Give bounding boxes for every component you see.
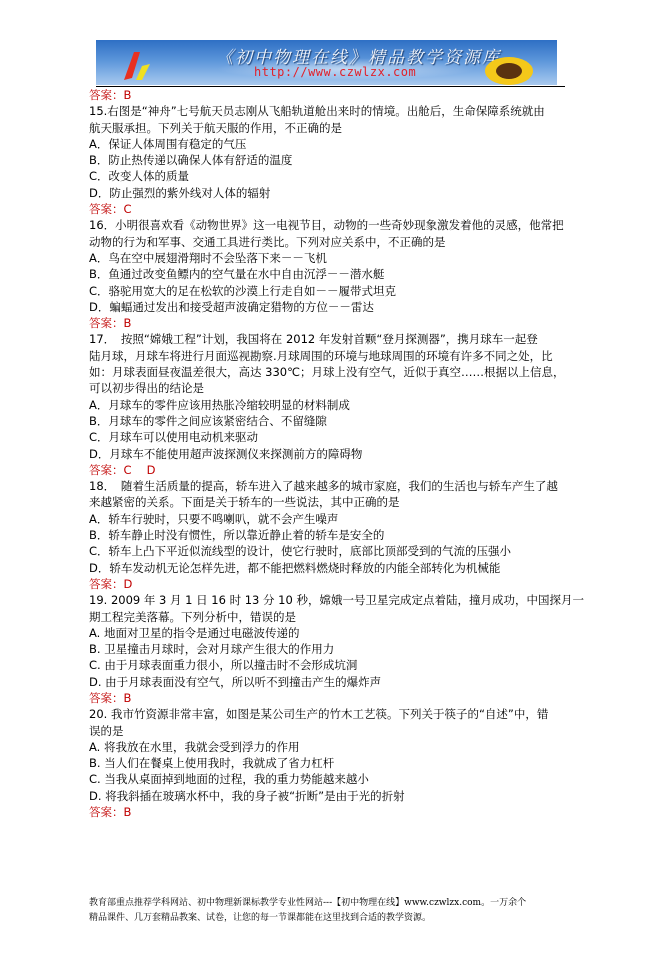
question-stem: 陆月球，月球车将进行月面巡视勘察.月球周围的环境与地球周围的环境有许多不同之处，… <box>89 348 589 364</box>
question-20: 20. 我市竹资源非常丰富，如图是某公司生产的竹木工艺筷。下列关于筷子的“自述”… <box>89 706 589 820</box>
question-stem: 动物的行为和军事、交通工具进行类比。下列对应关系中，不正确的是 <box>89 234 589 250</box>
option-c: C．改变人体的质量 <box>89 168 589 184</box>
answer: 答案：C <box>89 201 589 217</box>
question-18: 18． 随着生活质量的提高，轿车进入了越来越多的城市家庭，我们的生活也与轿车产生… <box>89 478 589 592</box>
banner-url[interactable]: http://www.czwlzx.com <box>254 65 416 79</box>
question-19: 19. 2009 年 3 月 1 日 16 时 13 分 10 秒，嫦娥一号卫星… <box>89 592 589 706</box>
header-banner: 《初中物理在线》精品教学资源库 http://www.czwlzx.com <box>96 40 557 85</box>
answer: 答案：B <box>89 690 589 706</box>
option-a: A．保证人体周围有稳定的气压 <box>89 136 589 152</box>
option-c: C．轿车上凸下平近似流线型的设计，使它行驶时，底部比顶部受到的气流的压强小 <box>89 543 589 559</box>
option-a: A．鸟在空中展翅滑翔时不会坠落下来－－飞机 <box>89 250 589 266</box>
option-b: B. 卫星撞击月球时，会对月球产生很大的作用力 <box>89 641 589 657</box>
question-stem: 期工程完美落幕。下列分析中，错误的是 <box>89 609 589 625</box>
option-b: B．鱼通过改变鱼鳔内的空气量在水中自由沉浮－－潜水艇 <box>89 266 589 282</box>
answer: 答案：B <box>89 804 589 820</box>
option-b: B．月球车的零件之间应该紧密结合、不留缝隙 <box>89 413 589 429</box>
option-a: A．轿车行驶时，只要不鸣喇叭，就不会产生噪声 <box>89 511 589 527</box>
site-logo-icon <box>120 50 160 82</box>
answer: 答案：D <box>89 576 589 592</box>
option-a: A．月球车的零件应该用热胀冷缩较明显的材料制成 <box>89 397 589 413</box>
question-stem: 如：月球表面昼夜温差很大，高达 330℃；月球上没有空气，近似于真空……根据以上… <box>89 364 589 380</box>
option-d: D. 将我斜插在玻璃水杯中，我的身子被“折断”是由于光的折射 <box>89 788 589 804</box>
footer-line-1: 教育部重点推荐学科网站、初中物理新课标教学专业性网站---【初中物理在线】www… <box>89 896 609 911</box>
document-body: 答案：B 15.右图是“神舟”七号航天员志刚从飞船轨道舱出来时的情境。出舱后，生… <box>89 87 589 820</box>
option-d: D．防止强烈的紫外线对人体的辐射 <box>89 185 589 201</box>
question-stem: 18． 随着生活质量的提高，轿车进入了越来越多的城市家庭，我们的生活也与轿车产生… <box>89 478 589 494</box>
question-16: 16．小明很喜欢看《动物世界》这一电视节目，动物的一些奇妙现象激发着他的灵感，他… <box>89 217 589 331</box>
question-15: 15.右图是“神舟”七号航天员志刚从飞船轨道舱出来时的情境。出舱后，生命保障系统… <box>89 103 589 217</box>
option-c: C．骆驼用宽大的足在松软的沙漠上行走自如－－履带式坦克 <box>89 283 589 299</box>
option-d: D．月球车不能使用超声波探测仪来探测前方的障碍物 <box>89 446 589 462</box>
question-stem: 15.右图是“神舟”七号航天员志刚从飞船轨道舱出来时的情境。出舱后，生命保障系统… <box>89 103 589 119</box>
footer-line-2: 精品课件、几万套精品教案、试卷，让您的每一节课都能在这里找到合适的教学资源。 <box>89 911 609 926</box>
option-a: A. 地面对卫星的指令是通过电磁波传递的 <box>89 625 589 641</box>
option-c: C. 由于月球表面重力很小，所以撞击时不会形成坑洞 <box>89 657 589 673</box>
question-stem: 误的是 <box>89 723 589 739</box>
sunflower-icon <box>483 55 535 85</box>
question-stem: 17． 按照“嫦娥工程”计划，我国将在 2012 年发射首颗“登月探测器”，携月… <box>89 331 589 347</box>
question-stem: 可以初步得出的结论是 <box>89 380 589 396</box>
answer-14: 答案：B <box>89 87 589 103</box>
option-c: C．月球车可以使用电动机来驱动 <box>89 429 589 445</box>
option-c: C. 当我从桌面掉到地面的过程，我的重力势能越来越小 <box>89 771 589 787</box>
option-d: D．蝙蝠通过发出和接受超声波确定猎物的方位－－雷达 <box>89 299 589 315</box>
option-b: B．轿车静止时没有惯性，所以靠近静止着的轿车是安全的 <box>89 527 589 543</box>
option-a: A. 将我放在水里，我就会受到浮力的作用 <box>89 739 589 755</box>
question-stem: 20. 我市竹资源非常丰富，如图是某公司生产的竹木工艺筷。下列关于筷子的“自述”… <box>89 706 589 722</box>
question-stem: 来越紧密的关系。下面是关于轿车的一些说法，其中正确的是 <box>89 494 589 510</box>
answer: 答案：B <box>89 315 589 331</box>
answer: 答案：C D <box>89 462 589 478</box>
question-17: 17． 按照“嫦娥工程”计划，我国将在 2012 年发射首颗“登月探测器”，携月… <box>89 331 589 478</box>
option-d: D．轿车发动机无论怎样先进，都不能把燃料燃烧时释放的内能全部转化为机械能 <box>89 560 589 576</box>
question-stem: 航天服承担。下列关于航天服的作用，不正确的是 <box>89 120 589 136</box>
question-stem: 16．小明很喜欢看《动物世界》这一电视节目，动物的一些奇妙现象激发着他的灵感，他… <box>89 217 589 233</box>
question-stem: 19. 2009 年 3 月 1 日 16 时 13 分 10 秒，嫦娥一号卫星… <box>89 592 589 608</box>
option-b: B. 当人们在餐桌上使用我时，我就成了省力杠杆 <box>89 755 589 771</box>
page-footer: 教育部重点推荐学科网站、初中物理新课标教学专业性网站---【初中物理在线】www… <box>89 896 609 926</box>
option-b: B．防止热传递以确保人体有舒适的温度 <box>89 152 589 168</box>
option-d: D. 由于月球表面没有空气，所以听不到撞击产生的爆炸声 <box>89 674 589 690</box>
